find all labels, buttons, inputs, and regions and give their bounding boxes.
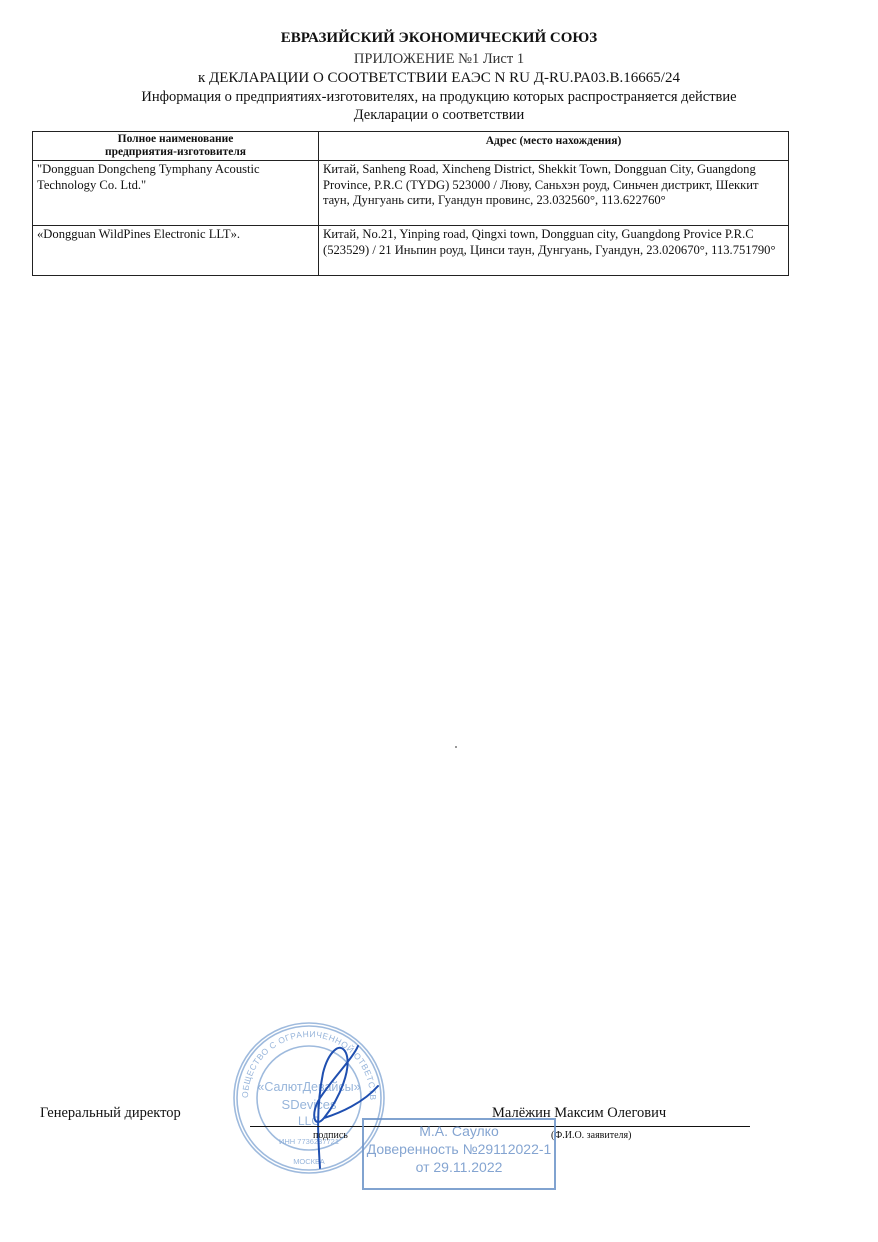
manufacturer-address: Китай, No.21, Yinping road, Qingxi town,… (319, 226, 789, 276)
signature-label: подпись (313, 1130, 348, 1141)
info-line-1: Информация о предприятиях-изготовителях,… (0, 89, 878, 106)
table-row: «Dongguan WildPines Electronic LLT». Кит… (33, 226, 789, 276)
declaration-title: к ДЕКЛАРАЦИИ О СООТВЕТСТВИИ ЕАЭС N RU Д-… (0, 70, 878, 87)
column-header-address: Адрес (место нахождения) (319, 132, 789, 161)
proxy-stamp: М.А. Саулко Доверенность №29112022-1 от … (362, 1118, 556, 1190)
seal-line-2: SDevices (282, 1097, 337, 1112)
column-header-name-text: Полное наименованиепредприятия-изготовит… (105, 133, 246, 158)
manufacturer-address: Китай, Sanheng Road, Xincheng District, … (319, 161, 789, 226)
manufacturers-table: Полное наименованиепредприятия-изготовит… (32, 131, 789, 276)
table-row: "Dongguan Dongcheng Tymphany Acoustic Te… (33, 161, 789, 226)
manufacturer-name: "Dongguan Dongcheng Tymphany Acoustic Te… (33, 161, 319, 226)
manufacturer-name: «Dongguan WildPines Electronic LLT». (33, 226, 319, 276)
proxy-stamp-date: от 29.11.2022 (364, 1158, 554, 1176)
table-header-row: Полное наименованиепредприятия-изготовит… (33, 132, 789, 161)
appendix-title: ПРИЛОЖЕНИЕ №1 Лист 1 (0, 51, 878, 68)
proxy-stamp-doc: Доверенность №29112022-1 (364, 1140, 554, 1158)
column-header-name: Полное наименованиепредприятия-изготовит… (33, 132, 319, 161)
org-title: ЕВРАЗИЙСКИЙ ЭКОНОМИЧЕСКИЙ СОЮЗ (0, 30, 878, 47)
scan-speck (455, 746, 457, 748)
fio-label: (Ф.И.О. заявителя) (551, 1130, 631, 1141)
proxy-stamp-name: М.А. Саулко (364, 1122, 554, 1140)
signer-role: Генеральный директор (40, 1105, 181, 1122)
info-line-2: Декларации о соответствии (0, 107, 878, 124)
seal-line-1: «СалютДевайсы» (257, 1080, 360, 1094)
